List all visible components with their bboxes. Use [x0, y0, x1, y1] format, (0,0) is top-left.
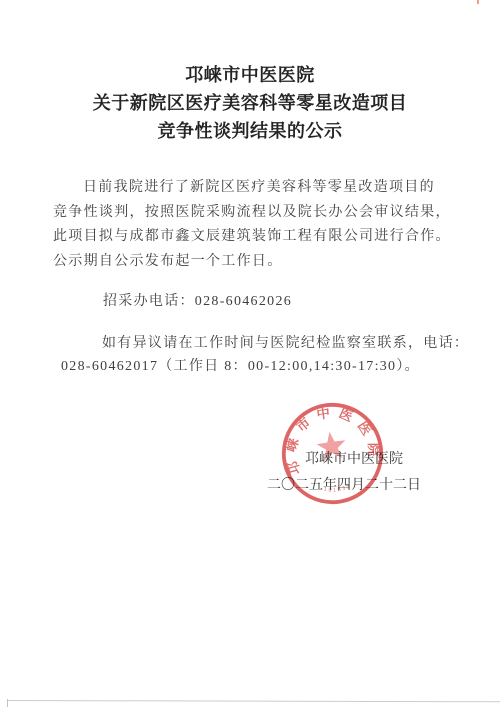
objection-line: 如有异议请在工作时间与医院纪检监察室联系，电话： — [102, 337, 469, 351]
objection-line: 028-60462017（工作日 8：00-12:00,14:30-17:30）… — [61, 360, 420, 374]
body-line: 竞争性谈判，按照医院采购流程以及院长办公会审议结果， — [53, 206, 451, 220]
scan-edge-line — [8, 700, 500, 702]
body-line: 公示期自公示发布起一个工作日。 — [53, 255, 283, 269]
body-line: 此项目拟与成都市鑫文辰建筑装饰工程有限公司进行合作。 — [53, 230, 451, 244]
seal-code: 101833 — [322, 483, 352, 496]
scan-edge-tick — [7, 699, 8, 707]
seal-star-icon — [315, 430, 348, 461]
doc-title-line-2: 关于新院区医疗美容科等零星改造项目 — [0, 89, 500, 117]
phone-line: 招采办电话：028-60462026 — [103, 295, 292, 309]
body-line: 日前我院进行了新院区医疗美容科等零星改造项目的 — [83, 181, 435, 195]
scan-speck — [477, 0, 479, 4]
official-seal: 邛崃市中医医院 101833 — [273, 394, 392, 513]
doc-title-line-3: 竞争性谈判结果的公示 — [0, 117, 500, 145]
doc-title: 邛崃市中医医院 关于新院区医疗美容科等零星改造项目 竞争性谈判结果的公示 — [0, 61, 500, 145]
document-page: 邛崃市中医医院 关于新院区医疗美容科等零星改造项目 竞争性谈判结果的公示 日前我… — [0, 0, 500, 707]
doc-title-line-1: 邛崃市中医医院 — [0, 61, 500, 89]
